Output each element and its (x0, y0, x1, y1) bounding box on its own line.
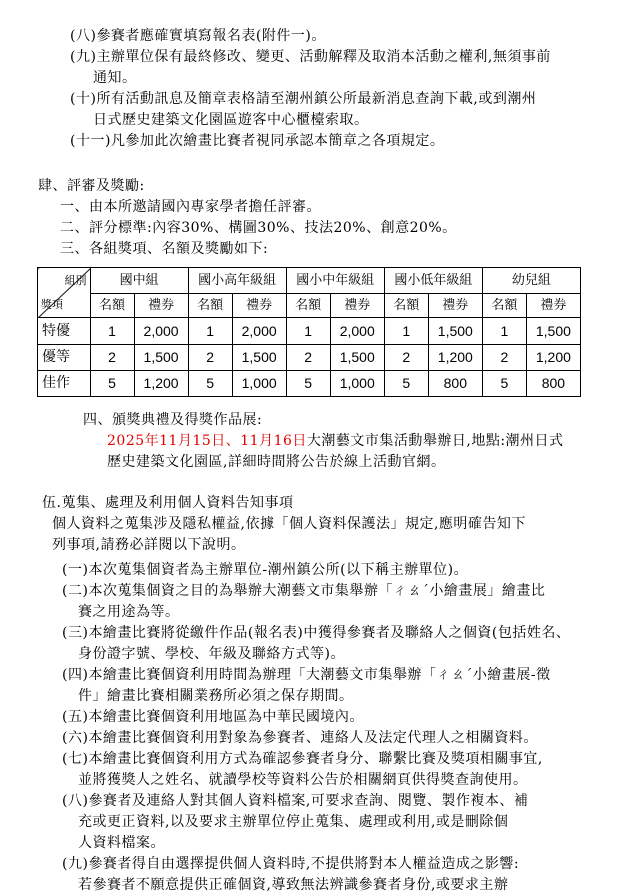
group-header: 國小高年級組 (188, 268, 286, 294)
clause-text: 參賽者應確實填寫報名表(附件一)。 (96, 28, 325, 44)
voucher-cell: 1,500 (232, 345, 286, 371)
quota-cell: 5 (188, 371, 232, 397)
subheader-quota: 名額 (188, 293, 232, 318)
subheader-voucher: 禮券 (330, 293, 384, 318)
clause-text: 本繪畫比賽將從繳件作品(報名表)中獲得參賽者及聯絡人之個資(包括姓名、 (88, 625, 570, 641)
clause-text: 參賽者得自由選擇提供個人資料時,不提供將對本人權益造成之影響: (88, 856, 519, 872)
clause-text: 賽之用途為等。 (62, 602, 581, 623)
clause-label: (八) (62, 793, 88, 809)
clause-text: 若參賽者不願意提供正確個資,導致無法辨識參賽者身份,或要求主辦 (62, 875, 581, 891)
quota-cell: 1 (188, 318, 232, 345)
table-row: 優等 2 1,500 2 1,500 2 1,500 2 1,200 2 1,2… (38, 345, 581, 371)
clause-label: (九) (70, 49, 96, 65)
table-row: 佳作 5 1,200 5 1,000 5 1,000 5 800 5 800 (38, 371, 581, 397)
clause-text: 件」繪畫比賽相關業務所必須之保存期間。 (62, 686, 581, 707)
list-item: (四)本繪畫比賽個資利用時間為辦理「大潮藝文市集舉辦「ㄔㄠˊ小繪畫展-徵 件」繪… (62, 665, 581, 707)
list-item: (六)本繪畫比賽個資利用對象為參賽者、連絡人及法定代理人之相關資料。 (62, 728, 581, 749)
subheader-quota: 名額 (286, 293, 330, 318)
clause-label: (六) (62, 730, 88, 746)
list-item: (八)參賽者應確實填寫報名表(附件一)。 (70, 26, 581, 47)
voucher-cell: 2,000 (232, 318, 286, 345)
subheader-voucher: 禮券 (134, 293, 188, 318)
clause-text: 充或更正資料,以及要求主辦單位停止蒐集、處理或利用,或是刪除個 (62, 812, 581, 833)
voucher-cell: 1,200 (428, 345, 482, 371)
voucher-cell: 2,000 (134, 318, 188, 345)
corner-label-group: 組別 (65, 270, 87, 291)
group-header: 幼兒組 (482, 268, 580, 294)
award-label: 佳作 (38, 371, 91, 397)
voucher-cell: 1,000 (232, 371, 286, 397)
clause-text: 並將獲獎人之姓名、就讀學校等資料公告於相關網頁供得獎查詢使用。 (62, 770, 581, 791)
quota-cell: 1 (482, 318, 526, 345)
quota-cell: 5 (90, 371, 134, 397)
list-item: (十)所有活動訊息及簡章表格請至潮州鎮公所最新消息查詢下載,或到潮州 日式歷史建… (70, 89, 581, 131)
table-row: 特優 1 2,000 1 2,000 1 2,000 1 1,500 1 1,5… (38, 318, 581, 345)
clause-text: 本繪畫比賽個資利用時間為辦理「大潮藝文市集舉辦「ㄔㄠˊ小繪畫展-徵 (88, 667, 550, 683)
clause-label: (八) (70, 28, 96, 44)
intro-text: 列事項,請務必詳閱以下說明。 (52, 535, 581, 556)
voucher-cell: 800 (428, 371, 482, 397)
voucher-cell: 1,500 (330, 345, 384, 371)
clause-heading: 四、頒獎典禮及得獎作品展: (83, 410, 581, 431)
list-item: (九)主辦單位保有最終修改、變更、活動解釋及取消本活動之權利,無須事前 通知。 (70, 47, 581, 89)
clause-text: 大潮藝文市集活動舉辦日,地點:潮州日式 (307, 433, 564, 449)
quota-cell: 2 (384, 345, 428, 371)
award-label: 特優 (38, 318, 91, 345)
group-header: 國小中年級組 (286, 268, 384, 294)
subheader-voucher: 禮券 (526, 293, 580, 318)
voucher-cell: 1,500 (428, 318, 482, 345)
clause-label: (十) (70, 91, 96, 107)
list-item: (八)參賽者及連絡人對其個人資料檔案,可要求查詢、閱覽、製作複本、補 充或更正資… (62, 791, 581, 854)
group-header: 國小低年級組 (384, 268, 482, 294)
quota-cell: 1 (286, 318, 330, 345)
corner-cell: 組別 獎項 (38, 268, 91, 318)
clause-text: 歷史建築文化園區,詳細時間將公告於線上活動官網。 (83, 452, 581, 473)
quota-cell: 2 (90, 345, 134, 371)
intro-clause-list: (八)參賽者應確實填寫報名表(附件一)。 (九)主辦單位保有最終修改、變更、活動… (70, 26, 581, 152)
section5-intro: 個人資料之蒐集涉及隱私權益,依據「個人資料保護法」規定,應明確告知下 列事項,請… (52, 514, 581, 556)
list-item: (一)本次蒐集個資者為主辦單位-潮州鎮公所(以下稱主辦單位)。 (62, 560, 581, 581)
clause-label: (七) (62, 751, 88, 767)
corner-label-award: 獎項 (41, 294, 63, 315)
clause-label: (三) (62, 625, 88, 641)
clause-text: 本繪畫比賽個資利用方式為確認參賽者身分、聯繫比賽及獎項相關事宜, (88, 751, 542, 767)
clause-text: 本繪畫比賽個資利用地區為中華民國境內。 (88, 709, 364, 725)
list-item: (五)本繪畫比賽個資利用地區為中華民國境內。 (62, 707, 581, 728)
section4-list: 一、由本所邀請國內專家學者擔任評審。 二、評分標準:內容30%、構圖30%、技法… (60, 197, 581, 260)
quota-cell: 5 (384, 371, 428, 397)
clause-text: 本繪畫比賽個資利用對象為參賽者、連絡人及法定代理人之相關資料。 (88, 730, 538, 746)
clause-label: (二) (62, 583, 88, 599)
clause-text: 本次蒐集個資之目的為舉辦大潮藝文市集舉辦「ㄔㄠˊ小繪畫展」繪畫比 (88, 583, 545, 599)
clause-text: 通知。 (70, 68, 581, 89)
list-item: (二)本次蒐集個資之目的為舉辦大潮藝文市集舉辦「ㄔㄠˊ小繪畫展」繪畫比 賽之用途… (62, 581, 581, 623)
group-header: 國中組 (90, 268, 188, 294)
voucher-cell: 1,500 (134, 345, 188, 371)
clause-text: 參賽者及連絡人對其個人資料檔案,可要求查詢、閱覽、製作複本、補 (88, 793, 528, 809)
clause-label: (四) (62, 667, 88, 683)
clause-text: 凡參加此次繪畫比賽者視同承認本簡章之各項規定。 (111, 133, 445, 149)
document-page: (八)參賽者應確實填寫報名表(附件一)。 (九)主辦單位保有最終修改、變更、活動… (0, 0, 631, 891)
clause-label: (十一) (70, 133, 111, 149)
voucher-cell: 1,500 (526, 318, 580, 345)
quota-cell: 2 (482, 345, 526, 371)
list-item: 三、各組獎項、名額及獎勵如下: (60, 239, 581, 260)
table-subheader-row: 名額 禮券 名額 禮券 名額 禮券 名額 禮券 名額 禮券 (38, 293, 581, 318)
subheader-voucher: 禮券 (232, 293, 286, 318)
list-item: 一、由本所邀請國內專家學者擔任評審。 (60, 197, 581, 218)
clause-text: 日式歷史建築文化園區遊客中心櫃檯索取。 (70, 110, 581, 131)
list-item: 二、評分標準:內容30%、構圖30%、技法20%、創意20%。 (60, 218, 581, 239)
quota-cell: 5 (286, 371, 330, 397)
subheader-voucher: 禮券 (428, 293, 482, 318)
award-label: 優等 (38, 345, 91, 371)
quota-cell: 5 (482, 371, 526, 397)
subheader-quota: 名額 (384, 293, 428, 318)
list-item: (七)本繪畫比賽個資利用方式為確認參賽者身分、聯繫比賽及獎項相關事宜, 並將獲獎… (62, 749, 581, 791)
clause-text: 所有活動訊息及簡章表格請至潮州鎮公所最新消息查詢下載,或到潮州 (96, 91, 536, 107)
clause-label: (九) (62, 856, 88, 872)
voucher-cell: 1,000 (330, 371, 384, 397)
section5-heading: 伍.蒐集、處理及利用個人資料告知事項 (42, 493, 581, 514)
intro-text: 個人資料之蒐集涉及隱私權益,依據「個人資料保護法」規定,應明確告知下 (52, 514, 581, 535)
voucher-cell: 2,000 (330, 318, 384, 345)
section5-clause-list: (一)本次蒐集個資者為主辦單位-潮州鎮公所(以下稱主辦單位)。 (二)本次蒐集個… (62, 560, 581, 891)
clause-text: 本次蒐集個資者為主辦單位-潮州鎮公所(以下稱主辦單位)。 (88, 562, 468, 578)
clause-label: (五) (62, 709, 88, 725)
clause-text: 人資料檔案。 (62, 833, 581, 854)
list-item: (十一)凡參加此次繪畫比賽者視同承認本簡章之各項規定。 (70, 131, 581, 152)
quota-cell: 2 (188, 345, 232, 371)
clause-label: (一) (62, 562, 88, 578)
table-header-row: 組別 獎項 國中組 國小高年級組 國小中年級組 國小低年級組 幼兒組 (38, 268, 581, 294)
quota-cell: 1 (90, 318, 134, 345)
clause-text: 主辦單位保有最終修改、變更、活動解釋及取消本活動之權利,無須事前 (96, 49, 550, 65)
list-item: (三)本繪畫比賽將從繳件作品(報名表)中獲得參賽者及聯絡人之個資(包括姓名、 身… (62, 623, 581, 665)
prize-table: 組別 獎項 國中組 國小高年級組 國小中年級組 國小低年級組 幼兒組 名額 禮券… (37, 267, 581, 397)
quota-cell: 2 (286, 345, 330, 371)
list-item: (九)參賽者得自由選擇提供個人資料時,不提供將對本人權益造成之影響: 若參賽者不… (62, 854, 581, 891)
subheader-quota: 名額 (482, 293, 526, 318)
voucher-cell: 1,200 (526, 345, 580, 371)
voucher-cell: 800 (526, 371, 580, 397)
section4-heading: 肆、評審及獎勵: (38, 176, 581, 197)
event-dates: 2025年11月15日、11月16日 (107, 433, 307, 449)
voucher-cell: 1,200 (134, 371, 188, 397)
award-ceremony-clause: 四、頒獎典禮及得獎作品展: 2025年11月15日、11月16日大潮藝文市集活動… (83, 410, 581, 473)
subheader-quota: 名額 (90, 293, 134, 318)
clause-text: 身份證字號、學校、年級及聯絡方式等)。 (62, 644, 581, 665)
quota-cell: 1 (384, 318, 428, 345)
